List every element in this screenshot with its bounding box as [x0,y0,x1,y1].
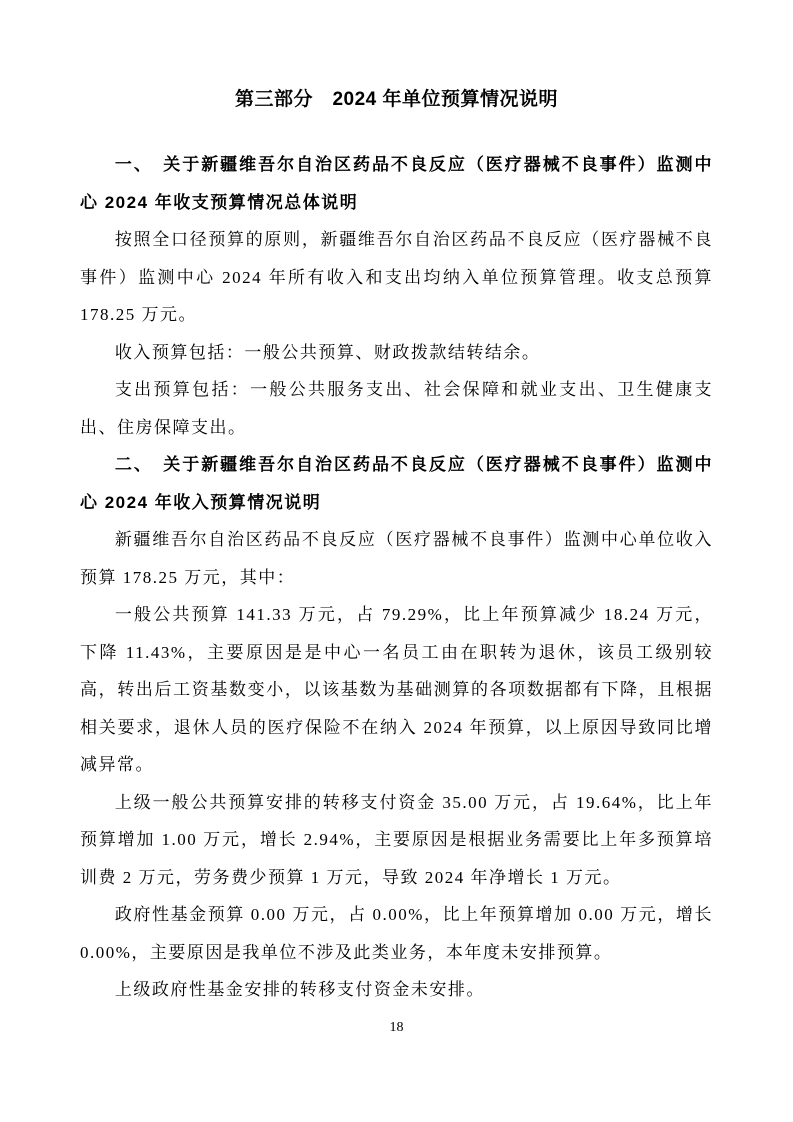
section-2-heading: 二、 关于新疆维吾尔自治区药品不良反应（医疗器械不良事件）监测中心 2024 年… [80,446,713,521]
section-1-heading: 一、 关于新疆维吾尔自治区药品不良反应（医疗器械不良事件）监测中心 2024 年… [80,146,713,221]
page-number: 18 [0,1020,793,1036]
section-2-paragraph-5: 上级政府性基金安排的转移支付资金未安排。 [80,971,713,1009]
section-1-paragraph-1: 按照全口径预算的原则，新疆维吾尔自治区药品不良反应（医疗器械不良事件）监测中心 … [80,221,713,334]
document-title: 第三部分 2024 年单位预算情况说明 [80,84,713,116]
section-2-paragraph-2: 一般公共预算 141.33 万元，占 79.29%，比上年预算减少 18.24 … [80,596,713,784]
document-page: 第三部分 2024 年单位预算情况说明 一、 关于新疆维吾尔自治区药品不良反应（… [0,0,793,1122]
section-1-paragraph-3: 支出预算包括：一般公共服务支出、社会保障和就业支出、卫生健康支出、住房保障支出。 [80,371,713,446]
section-overall-budget: 一、 关于新疆维吾尔自治区药品不良反应（医疗器械不良事件）监测中心 2024 年… [80,146,713,446]
section-2-paragraph-1: 新疆维吾尔自治区药品不良反应（医疗器械不良事件）监测中心单位收入预算 178.2… [80,521,713,596]
section-1-paragraph-2: 收入预算包括：一般公共预算、财政拨款结转结余。 [80,334,713,372]
section-2-paragraph-3: 上级一般公共预算安排的转移支付资金 35.00 万元，占 19.64%，比上年预… [80,784,713,897]
section-income-budget: 二、 关于新疆维吾尔自治区药品不良反应（医疗器械不良事件）监测中心 2024 年… [80,446,713,1009]
section-2-paragraph-4: 政府性基金预算 0.00 万元，占 0.00%，比上年预算增加 0.00 万元，… [80,896,713,971]
